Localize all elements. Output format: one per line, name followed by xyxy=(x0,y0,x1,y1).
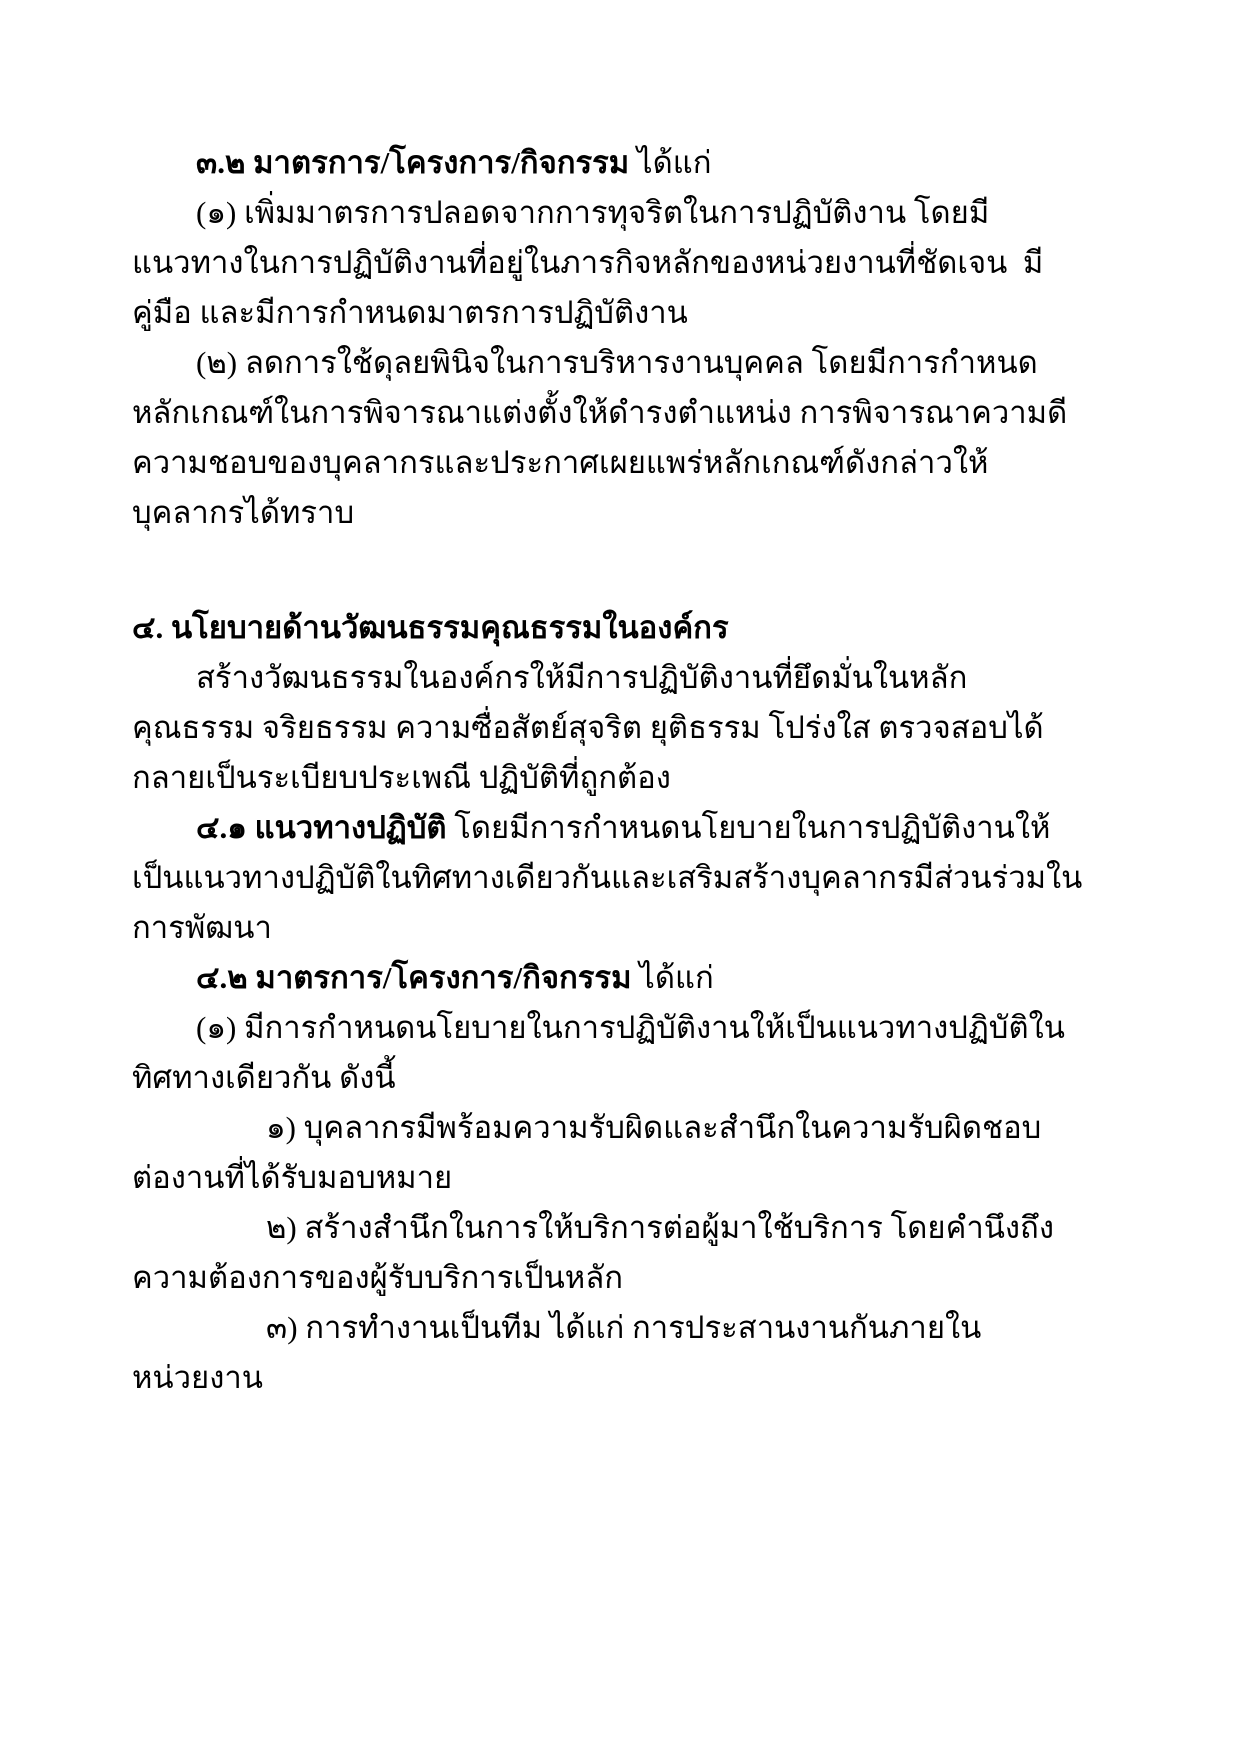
text-line: (๑) เพิ่มมาตรการปลอดจากการทุจริตในการปฏิ… xyxy=(132,188,1131,238)
text-segment: คู่มือ และมีการกำหนดมาตรการปฏิบัติงาน xyxy=(132,295,688,330)
text-segment: ทิศทางเดียวกัน ดังนี้ xyxy=(132,1060,396,1095)
text-line: ๔.๒ มาตรการ/โครงการ/กิจกรรม ได้แก่ xyxy=(132,953,1131,1003)
text-line: ๓) การทำงานเป็นทีม ได้แก่ การประสานงานกั… xyxy=(132,1303,1131,1353)
bold-text-segment: ๔. นโยบายด้านวัฒนธรรมคุณธรรมในองค์กร xyxy=(132,610,729,645)
bold-text-segment: ๔.๑ แนวทางปฏิบัติ xyxy=(196,810,447,845)
text-segment: คุณธรรม จริยธรรม ความซื่อสัตย์สุจริต ยุต… xyxy=(132,710,1044,745)
text-line: ความชอบของบุคลากรและประกาศเผยแพร่หลักเกณ… xyxy=(132,438,1131,488)
text-line: คู่มือ และมีการกำหนดมาตรการปฏิบัติงาน xyxy=(132,288,1131,338)
text-segment: โดยมีการกำหนดนโยบายในการปฏิบัติงานให้ xyxy=(447,810,1051,845)
text-segment: บุคลากรได้ทราบ xyxy=(132,495,354,530)
document-text-block: ๓.๒ มาตรการ/โครงการ/กิจกรรม ได้แก่(๑) เพ… xyxy=(132,138,1131,1403)
text-line: ต่องานที่ได้รับมอบหมาย xyxy=(132,1153,1131,1203)
text-segment: กลายเป็นระเบียบประเพณี ปฏิบัติที่ถูกต้อง xyxy=(132,760,671,795)
text-segment: หน่วยงาน xyxy=(132,1360,263,1395)
text-line: เป็นแนวทางปฏิบัติในทิศทางเดียวกันและเสริ… xyxy=(132,853,1131,903)
text-line: แนวทางในการปฏิบัติงานที่อยู่ในภารกิจหลัก… xyxy=(132,238,1131,288)
text-line: ๑) บุคลากรมีพร้อมความรับผิดและสำนึกในควา… xyxy=(132,1103,1131,1153)
text-line: ๒) สร้างสำนึกในการให้บริการต่อผู้มาใช้บร… xyxy=(132,1203,1131,1253)
section-gap xyxy=(132,538,1131,603)
bold-text-segment: ๔.๒ มาตรการ/โครงการ/กิจกรรม xyxy=(196,960,632,995)
text-segment: ๑) บุคลากรมีพร้อมความรับผิดและสำนึกในควา… xyxy=(266,1110,1041,1145)
text-segment: การพัฒนา xyxy=(132,910,272,945)
text-segment: ได้แก่ xyxy=(632,960,714,995)
text-line: กลายเป็นระเบียบประเพณี ปฏิบัติที่ถูกต้อง xyxy=(132,753,1131,803)
text-segment: สร้างวัฒนธรรมในองค์กรให้มีการปฏิบัติงานท… xyxy=(196,660,967,695)
text-segment: หลักเกณฑ์ในการพิจารณาแต่งตั้งให้ดำรงตำแห… xyxy=(132,395,1067,430)
text-line: สร้างวัฒนธรรมในองค์กรให้มีการปฏิบัติงานท… xyxy=(132,653,1131,703)
text-segment: (๑) เพิ่มมาตรการปลอดจากการทุจริตในการปฏิ… xyxy=(196,195,989,230)
document-page: ๓.๒ มาตรการ/โครงการ/กิจกรรม ได้แก่(๑) เพ… xyxy=(0,0,1241,1755)
text-line: ๓.๒ มาตรการ/โครงการ/กิจกรรม ได้แก่ xyxy=(132,138,1131,188)
bold-text-segment: ๓.๒ มาตรการ/โครงการ/กิจกรรม xyxy=(196,145,629,180)
text-segment: แนวทางในการปฏิบัติงานที่อยู่ในภารกิจหลัก… xyxy=(132,245,1043,280)
text-segment: ๓) การทำงานเป็นทีม ได้แก่ การประสานงานกั… xyxy=(266,1310,981,1345)
text-line: หน่วยงาน xyxy=(132,1353,1131,1403)
text-line: ๔.๑ แนวทางปฏิบัติ โดยมีการกำหนดนโยบายในก… xyxy=(132,803,1131,853)
text-line: หลักเกณฑ์ในการพิจารณาแต่งตั้งให้ดำรงตำแห… xyxy=(132,388,1131,438)
text-segment: (๑) มีการกำหนดนโยบายในการปฏิบัติงานให้เป… xyxy=(196,1010,1065,1045)
text-segment: เป็นแนวทางปฏิบัติในทิศทางเดียวกันและเสริ… xyxy=(132,860,1082,895)
text-segment: ได้แก่ xyxy=(629,145,711,180)
text-segment: ๒) สร้างสำนึกในการให้บริการต่อผู้มาใช้บร… xyxy=(266,1210,1054,1245)
text-line: ๔. นโยบายด้านวัฒนธรรมคุณธรรมในองค์กร xyxy=(132,603,1131,653)
text-segment: (๒) ลดการใช้ดุลยพินิจในการบริหารงานบุคคล… xyxy=(196,345,1038,380)
text-line: คุณธรรม จริยธรรม ความซื่อสัตย์สุจริต ยุต… xyxy=(132,703,1131,753)
text-segment: ความชอบของบุคลากรและประกาศเผยแพร่หลักเกณ… xyxy=(132,445,988,480)
text-line: ความต้องการของผู้รับบริการเป็นหลัก xyxy=(132,1253,1131,1303)
text-segment: ต่องานที่ได้รับมอบหมาย xyxy=(132,1160,452,1195)
text-line: บุคลากรได้ทราบ xyxy=(132,488,1131,538)
text-line: การพัฒนา xyxy=(132,903,1131,953)
text-segment: ความต้องการของผู้รับบริการเป็นหลัก xyxy=(132,1260,623,1295)
text-line: (๒) ลดการใช้ดุลยพินิจในการบริหารงานบุคคล… xyxy=(132,338,1131,388)
text-line: ทิศทางเดียวกัน ดังนี้ xyxy=(132,1053,1131,1103)
text-line: (๑) มีการกำหนดนโยบายในการปฏิบัติงานให้เป… xyxy=(132,1003,1131,1053)
